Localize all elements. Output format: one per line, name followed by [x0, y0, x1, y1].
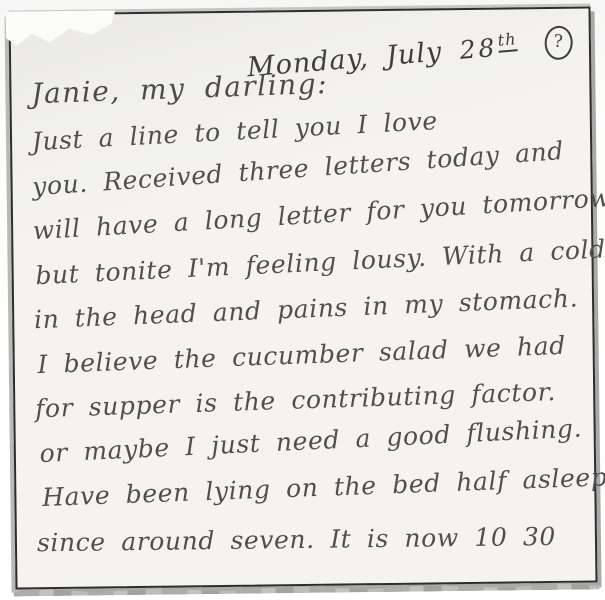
letter-paper: Monday, July 28th ? Janie, my darling: J…	[9, 6, 598, 589]
torn-corner	[5, 10, 115, 45]
deckle-edge	[14, 582, 600, 596]
circled-question-mark: ?	[544, 25, 574, 61]
letter-line: since around seven. It is now 10 30	[37, 521, 588, 572]
letter-body: Janie, my darling: Just a line to tell y…	[31, 71, 587, 573]
question-mark-glyph: ?	[553, 32, 564, 53]
letter-scan: Monday, July 28th ? Janie, my darling: J…	[0, 0, 605, 600]
date-ordinal: th	[497, 29, 517, 52]
date-number: 28	[458, 33, 498, 65]
